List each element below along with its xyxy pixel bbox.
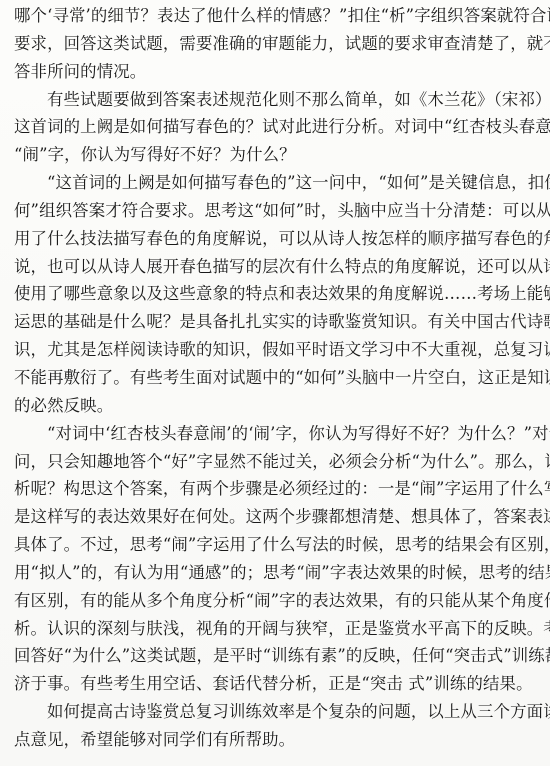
text-line: 识，尤其是怎样阅读诗歌的知识，假如平时语文学习中不大重视，总复习训练中就 [14, 336, 540, 364]
paragraph-first-line: “对词中‘红杏枝头春意闹’的‘闹’字，你认为写得好不好？为什么？”对于此 [14, 420, 540, 448]
text-line: 使用了哪些意象以及这些意象的特点和表达效果的角度解说……考场上能够这样 [14, 280, 540, 308]
text-line: 问，只会知趣地答个“好”字显然不能过关，必须会分析“为什么”。那么，该怎样分 [14, 448, 540, 476]
text-line: 何”组织答案才符合要求。思考这“如何”时，头脑中应当十分清楚：可以从诗人使 [14, 197, 540, 225]
text-line: 济于事。有些考生用空话、套话代替分析，正是“突击 式”训练的结果。 [14, 670, 540, 698]
text-line: 哪个‘寻常’的细节？表达了他什么样的情感？”扣住“析”字组织答案就符合试题 [14, 2, 540, 30]
paragraph-first-line: 有些试题要做到答案表述规范化则不那么简单，如《木兰花》（宋祁）的试题： [14, 86, 540, 114]
text-line: 用“拟人”的，有认为用“通感”的；思考“闹”字表达效果的时候，思考的结果也会 [14, 559, 540, 587]
paragraph-first-line: 如何提高古诗鉴赏总复习训练效率是个复杂的问题，以上从三个方面谈了一 [14, 698, 540, 726]
text-line: “闹”字，你认为写得好不好？为什么？ [14, 141, 540, 169]
text-line: 运思的基础是什么呢？是具备扎扎实实的诗歌鉴赏知识。有关中国古代诗歌的知 [14, 308, 540, 336]
text-line: 要求，回答这类试题，需要准确的审题能力，试题的要求审查清楚了，就不会出现所 [14, 30, 540, 58]
text-line: 的必然反映。 [14, 392, 540, 420]
text-line: 有区别，有的能从多个角度分析“闹”字的表达效果，有的只能从某个角度作些分 [14, 587, 540, 615]
body-text: 哪个‘寻常’的细节？表达了他什么样的情感？”扣住“析”字组织答案就符合试题 要求… [14, 2, 540, 754]
text-line: 析呢？构思这个答案，有两个步骤是必须经过的：一是“闹”字运用了什么写法；二 [14, 475, 540, 503]
scanned-page: 哪个‘寻常’的细节？表达了他什么样的情感？”扣住“析”字组织答案就符合试题 要求… [0, 0, 550, 766]
paragraph-first-line: “这首词的上阙是如何描写春色的”这一问中，“如何”是关键信息，扣住“如 [14, 169, 540, 197]
text-line: 说，也可以从诗人展开春色描写的层次有什么特点的角度解说，还可以从诗人依次 [14, 253, 540, 281]
text-line: 答非所问的情况。 [14, 58, 540, 86]
text-line: 这首词的上阙是如何描写春色的？试对此进行分析。对词中“红杏枝头春意闹”的 [14, 113, 540, 141]
text-line: 是这样写的表达效果好在何处。这两个步骤都想清楚、想具体了，答案表述就清楚、 [14, 503, 540, 531]
text-line: 点意见，希望能够对同学们有所帮助。 [14, 726, 540, 754]
text-line: 不能再敷衍了。有些考生面对试题中的“如何”头脑中一片空白，这正是知识贫乏 [14, 364, 540, 392]
text-line: 回答好“为什么”这类试题，是平时“训练有素”的反映，任何“突击式”训练都无 [14, 642, 540, 670]
text-line: 析。认识的深刻与肤浅，视角的开阔与狭窄，正是鉴赏水平高下的反映。考场上能够 [14, 615, 540, 643]
text-line: 具体了。不过，思考“闹”字运用了什么写法的时候，思考的结果会有区别，有认为 [14, 531, 540, 559]
text-line: 用了什么技法描写春色的角度解说，可以从诗人按怎样的顺序描写春色的角度解 [14, 225, 540, 253]
